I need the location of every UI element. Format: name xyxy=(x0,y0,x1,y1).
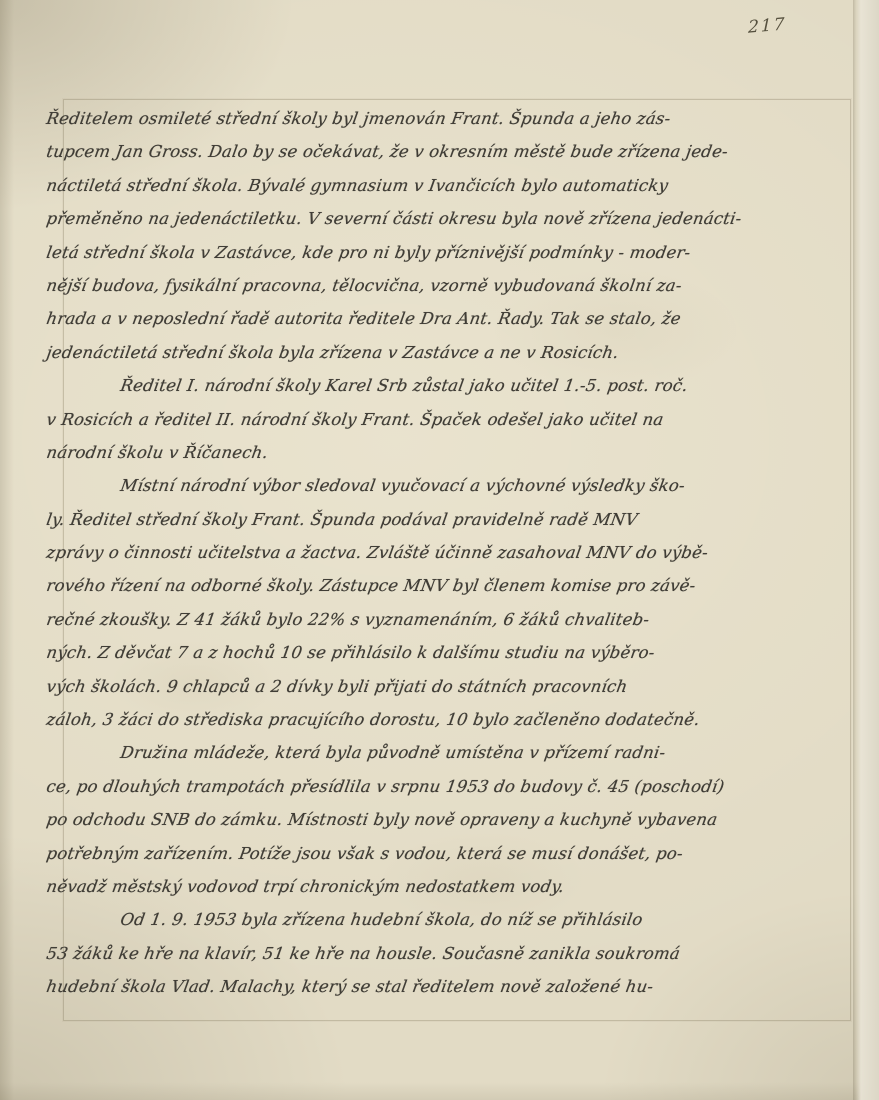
handwritten-line: záloh, 3 žáci do střediska pracujícího d… xyxy=(44,703,859,736)
handwritten-line: Místní národní výbor sledoval vyučovací … xyxy=(44,469,859,502)
handwritten-line: Ředitel I. národní školy Karel Srb zůsta… xyxy=(44,369,859,402)
handwritten-line: potřebným zařízením. Potíže jsou však s … xyxy=(44,837,859,870)
handwritten-line: ly. Ředitel střední školy Frant. Špunda … xyxy=(44,503,859,536)
handwritten-line: Družina mládeže, která byla původně umís… xyxy=(44,736,859,769)
handwritten-line: letá střední škola v Zastávce, kde pro n… xyxy=(44,236,859,269)
handwritten-line: přeměněno na jedenáctiletku. V severní č… xyxy=(44,202,859,235)
handwritten-line: tupcem Jan Gross. Dalo by se očekávat, ž… xyxy=(44,135,859,168)
handwritten-line: ce, po dlouhých trampotách přesídlila v … xyxy=(44,770,859,803)
handwritten-line: po odchodu SNB do zámku. Místnosti byly … xyxy=(44,803,859,836)
handwritten-line: ných. Z děvčat 7 a z hochů 10 se přihlás… xyxy=(44,636,859,669)
handwritten-line: náctiletá střední škola. Bývalé gymnasiu… xyxy=(44,169,859,202)
handwritten-line: 53 žáků ke hře na klavír, 51 ke hře na h… xyxy=(44,937,859,970)
page-number: 217 xyxy=(748,14,787,37)
handwritten-line: jedenáctiletá střední škola byla zřízena… xyxy=(44,336,859,369)
handwritten-line: rečné zkoušky. Z 41 žáků bylo 22% s vyzn… xyxy=(44,603,859,636)
handwritten-line: národní školu v Říčanech. xyxy=(44,436,859,469)
handwritten-line: nější budova, fysikální pracovna, tělocv… xyxy=(44,269,859,302)
handwritten-line: hrada a v neposlední řadě autorita ředit… xyxy=(44,302,859,335)
handwritten-line: zprávy o činnosti učitelstva a žactva. Z… xyxy=(44,536,859,569)
handwritten-line: Ředitelem osmileté střední školy byl jme… xyxy=(44,102,859,135)
handwritten-line: v Rosicích a ředitel II. národní školy F… xyxy=(44,403,859,436)
handwritten-line: vých školách. 9 chlapců a 2 dívky byli p… xyxy=(44,670,859,703)
scanned-chronicle-page: 217 Ředitelem osmileté střední školy byl… xyxy=(0,0,879,1100)
handwritten-line: Od 1. 9. 1953 byla zřízena hudební škola… xyxy=(44,903,859,936)
handwritten-line: hudební škola Vlad. Malachy, který se st… xyxy=(44,970,859,1003)
handwritten-line: rového řízení na odborné školy. Zástupce… xyxy=(44,569,859,602)
handwritten-line: něvadž městský vodovod trpí chronickým n… xyxy=(44,870,859,903)
handwritten-text-block: Ředitelem osmileté střední školy byl jme… xyxy=(44,102,854,1004)
